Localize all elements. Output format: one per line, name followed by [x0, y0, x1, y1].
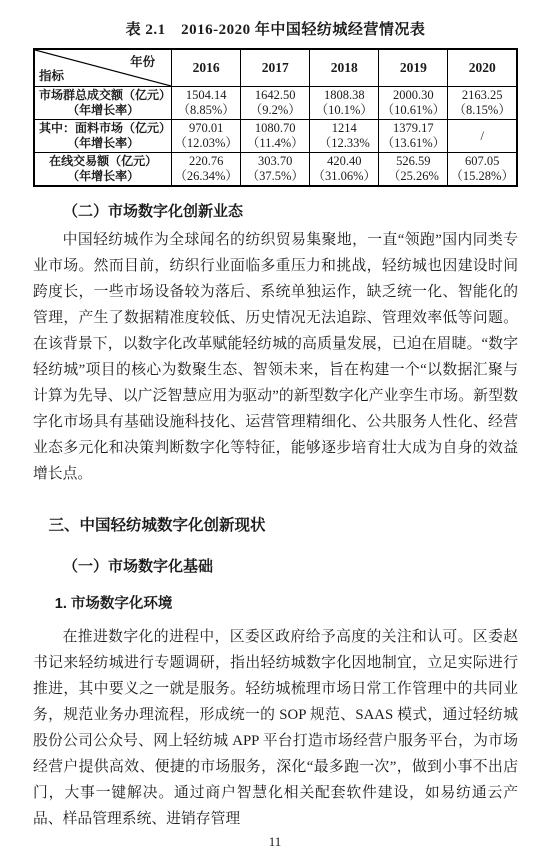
table-caption: 表 2.1 2016-2020 年中国轻纺城经营情况表	[33, 18, 518, 39]
table-cell: 526.59（25.26%	[379, 153, 448, 187]
table-cell: 1080.70（11.4%）	[241, 120, 310, 153]
heading-section-2: （二）市场数字化创新业态	[33, 200, 518, 221]
paragraph-digital-environment: 在推进数字化的进程中，区委区政府给予高度的关注和认可。区委赵书记来轻纺城进行专题…	[33, 624, 518, 832]
table-row: 在线交易额（亿元） （年增长率） 220.76（26.34%） 303.70（3…	[34, 153, 517, 187]
document-page: 表 2.1 2016-2020 年中国轻纺城经营情况表 年份 指标 2016 2…	[0, 0, 550, 832]
paragraph-digital-innovation: 中国轻纺城作为全球闻名的纺织贸易集聚地，一直“领跑”国内同类专业市场。然而目前，…	[33, 227, 518, 487]
table-cell: 970.01（12.03%）	[172, 120, 241, 153]
table-cell: 420.40（31.06%）	[310, 153, 379, 187]
heading-chapter-3: 三、中国轻纺城数字化创新现状	[33, 513, 518, 535]
table-cell: 303.70（37.5%）	[241, 153, 310, 187]
page-number: 11	[0, 834, 550, 850]
indicator-axis-label: 指标	[39, 66, 64, 84]
table-cell: /	[448, 120, 517, 153]
table-cell: 607.05（15.28%）	[448, 153, 517, 187]
table-row: 其中：面料市场（亿元） （年增长率） 970.01（12.03%） 1080.7…	[34, 120, 517, 153]
year-header: 2016	[172, 49, 241, 87]
table-cell: 1214（12.33%	[310, 120, 379, 153]
table-cell: 220.76（26.34%）	[172, 153, 241, 187]
table-row: 市场群总成交额（亿元） （年增长率） 1504.14（8.85%） 1642.5…	[34, 87, 517, 120]
table-cell: 1379.17（13.61%）	[379, 120, 448, 153]
table-cell: 1808.38（10.1%）	[310, 87, 379, 120]
diagonal-header-cell: 年份 指标	[34, 49, 172, 87]
heading-section-3-1: （一）市场数字化基础	[33, 555, 518, 576]
year-header: 2017	[241, 49, 310, 87]
year-header: 2018	[310, 49, 379, 87]
table-header-row: 年份 指标 2016 2017 2018 2019 2020	[34, 49, 517, 87]
row-label: 在线交易额（亿元） （年增长率）	[34, 153, 172, 187]
year-axis-label: 年份	[130, 52, 155, 70]
heading-subsection-3-1-1: 1. 市场数字化环境	[33, 592, 518, 613]
row-label: 其中：面料市场（亿元） （年增长率）	[34, 120, 172, 153]
operations-table: 年份 指标 2016 2017 2018 2019 2020 市场群总成交额（亿…	[33, 48, 518, 187]
year-header: 2019	[379, 49, 448, 87]
year-header: 2020	[448, 49, 517, 87]
row-label: 市场群总成交额（亿元） （年增长率）	[34, 87, 172, 120]
table-cell: 1504.14（8.85%）	[172, 87, 241, 120]
table-cell: 2163.25（8.15%）	[448, 87, 517, 120]
table-cell: 2000.30（10.61%）	[379, 87, 448, 120]
table-cell: 1642.50（9.2%）	[241, 87, 310, 120]
